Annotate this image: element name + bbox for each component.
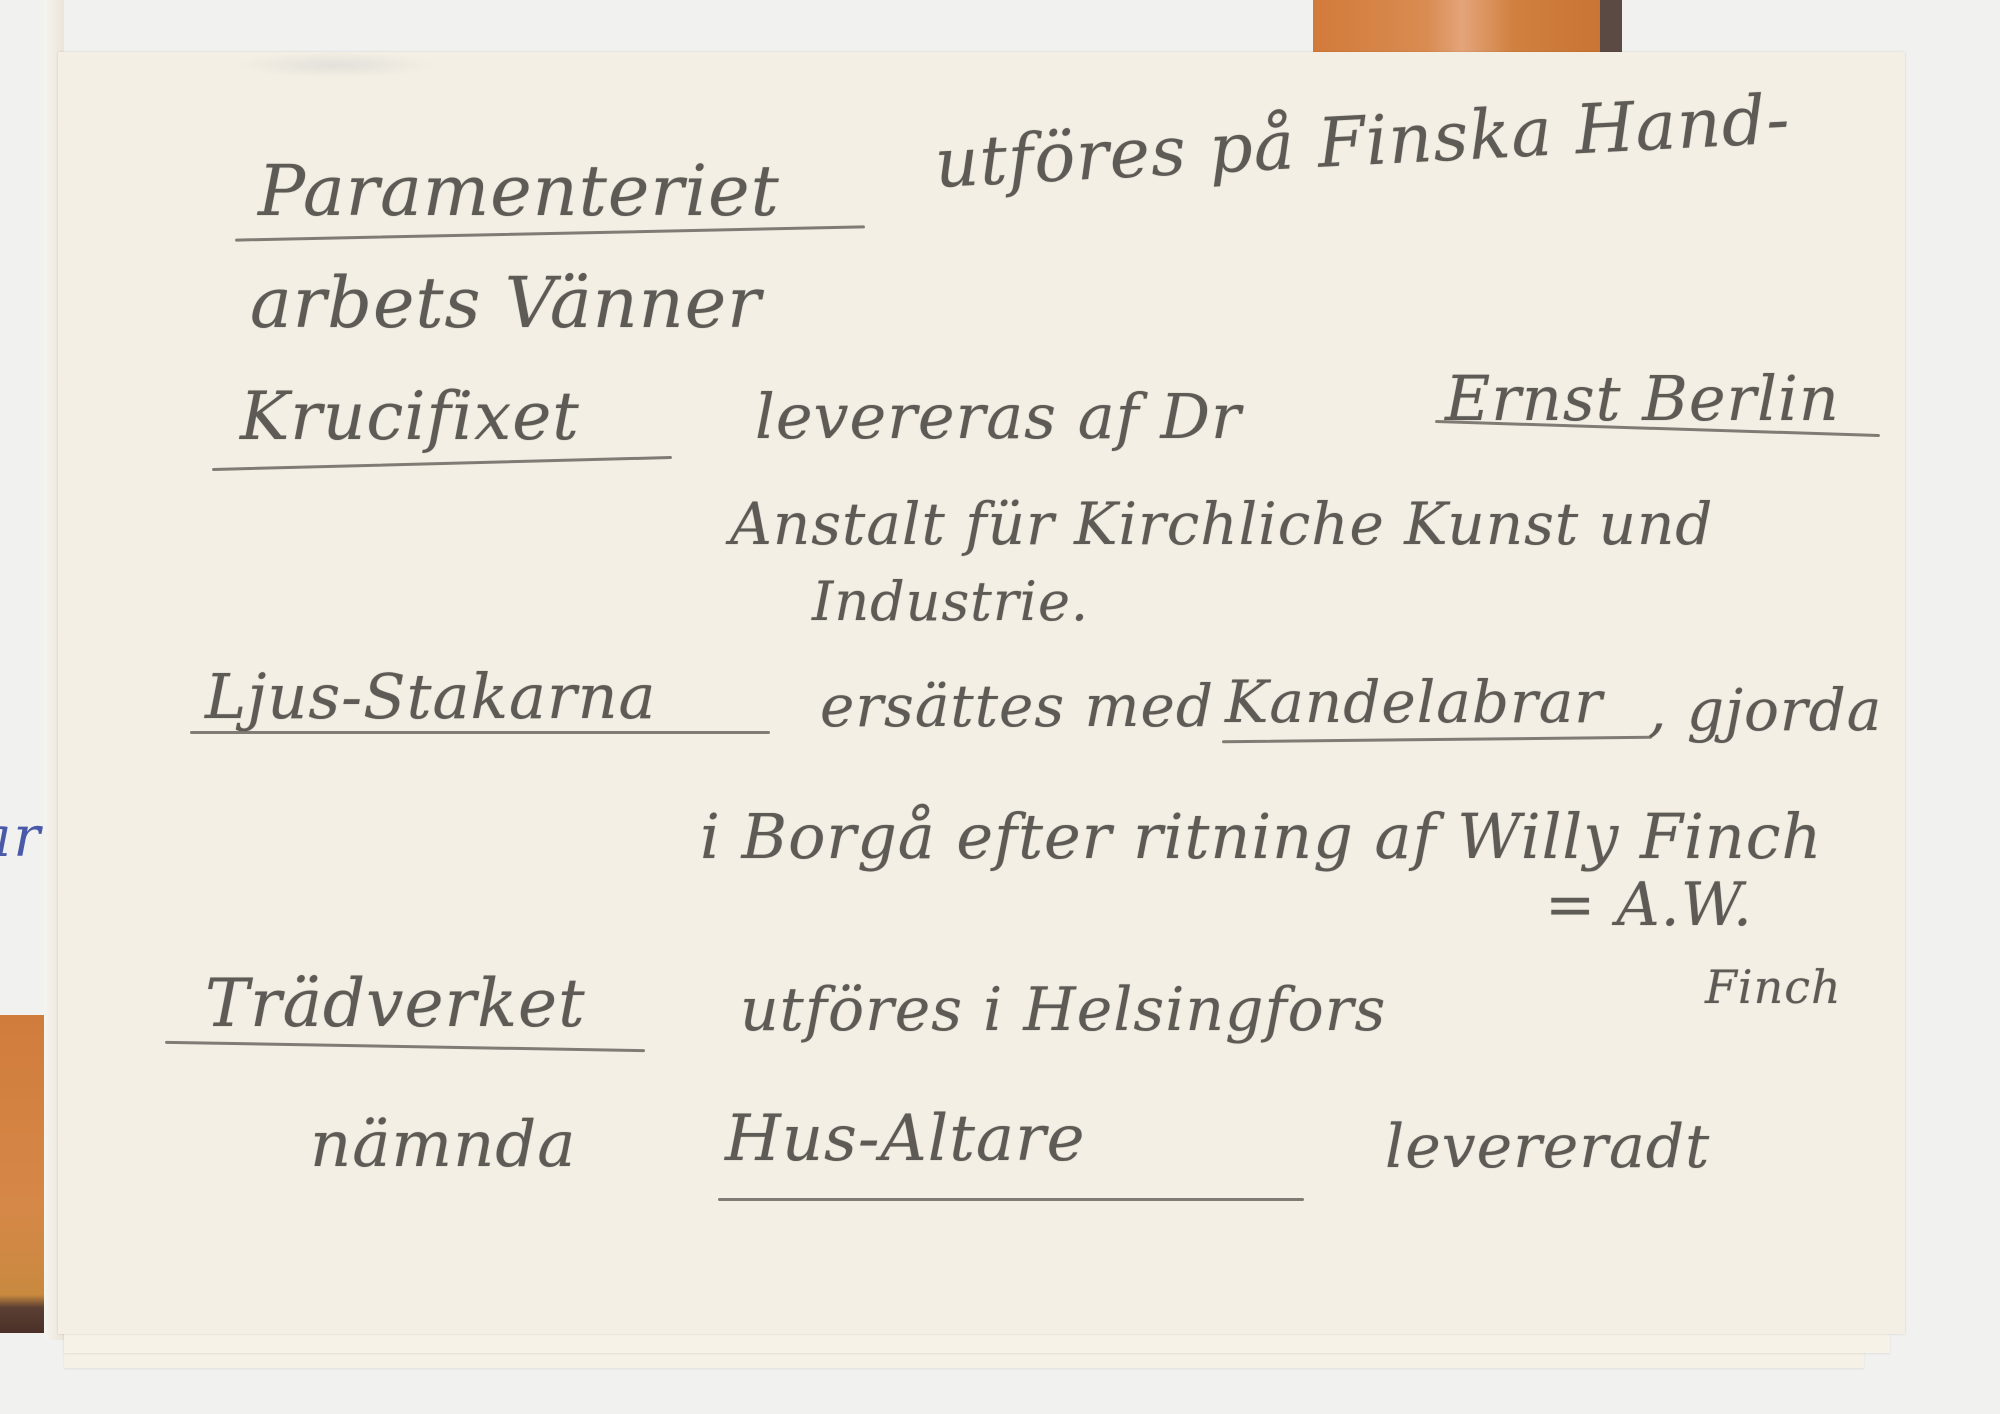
note-text: utföres i Helsingfors [740,975,1386,1045]
note-text: Anstalt für Kirchliche Kunst und [730,490,1713,558]
note-text: nämnda [310,1108,576,1182]
binding-edge-top [1600,0,1622,60]
note-text-finch: Finch [1705,960,1842,1014]
note-text: arbets Vänner [250,262,762,344]
note-word-paramenteriet: Paramenteriet [258,150,780,232]
note-word-kandelabrar: Kandelabrar [1225,668,1603,736]
underline [718,1198,1304,1201]
erased-pencil-mark [235,52,435,78]
orange-binding-left [0,1015,44,1333]
note-word-krucifixet: Krucifixet [240,378,580,455]
note-text: levereras af Dr [755,380,1242,453]
note-text: Industrie. [812,570,1089,633]
note-text: ersättes med [820,672,1214,740]
note-text: levereradt [1385,1112,1710,1182]
underline [190,731,770,734]
note-word-hus-altare: Hus-Altare [725,1102,1086,1176]
note-word-ljus-stakarna: Ljus-Stakarna [205,660,657,733]
note-text: , gjorda [1648,676,1882,744]
orange-binding-top [1313,0,1600,60]
margin-ink-fragment: ar [0,805,42,870]
note-text-aw: = A.W. [1545,870,1753,940]
note-text: i Borgå efter ritning af Willy Finch [700,800,1822,873]
note-word-tradverket: Trädverket [205,965,586,1042]
